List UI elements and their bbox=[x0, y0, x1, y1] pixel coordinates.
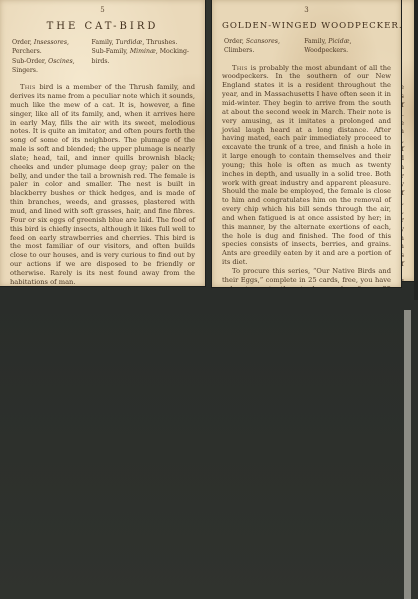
body-text: This bird is a member of the Thrush fami… bbox=[10, 83, 195, 286]
taxonomy-family: Family, Picidæ, Woodpeckers. bbox=[304, 37, 389, 56]
scanner-edge-strip bbox=[404, 310, 411, 599]
taxonomy-order: Order, Scansores, Climbers. bbox=[224, 37, 304, 56]
taxonomy-right-column: Family, Picidæ, Woodpeckers. bbox=[304, 37, 389, 56]
card-cat-bird: 5 THE CAT-BIRD Order, Insessores, Perche… bbox=[0, 0, 205, 286]
taxonomy-suborder: Sub-Order, Oscines, Singers. bbox=[12, 57, 92, 76]
card-title: THE CAT-BIRD bbox=[10, 21, 195, 32]
taxonomy-family: Family, Turdidæ, Thrushes. bbox=[92, 38, 193, 47]
procure-note: To procure this series, “Our Native Bird… bbox=[222, 267, 391, 287]
body-text: This is probably the most abundant of al… bbox=[222, 64, 391, 267]
card-golden-winged-woodpecker: 3 GOLDEN-WINGED WOODPECKER. Order, Scans… bbox=[212, 0, 401, 287]
taxonomy-order: Order, Insessores, Perchers. bbox=[12, 38, 92, 57]
card-number: 3 bbox=[222, 7, 391, 14]
taxonomy-block: Order, Scansores, Climbers. Family, Pici… bbox=[222, 37, 391, 56]
taxonomy-right-column: Family, Turdidæ, Thrushes. Sub-Family, M… bbox=[92, 38, 193, 75]
scanner-edge-shadow bbox=[414, 0, 418, 300]
card-number: 5 bbox=[10, 7, 195, 14]
card-title: GOLDEN-WINGED WOODPECKER. bbox=[222, 21, 391, 31]
taxonomy-left-column: Order, Scansores, Climbers. bbox=[224, 37, 304, 56]
taxonomy-block: Order, Insessores, Perchers. Sub-Order, … bbox=[10, 38, 195, 75]
taxonomy-subfamily: Sub-Family, Miminæ, Mocking-birds. bbox=[92, 47, 193, 66]
taxonomy-left-column: Order, Insessores, Perchers. Sub-Order, … bbox=[12, 38, 92, 75]
scanned-card-sheet: { "series": { "procure_pre": "To procure… bbox=[0, 0, 418, 599]
